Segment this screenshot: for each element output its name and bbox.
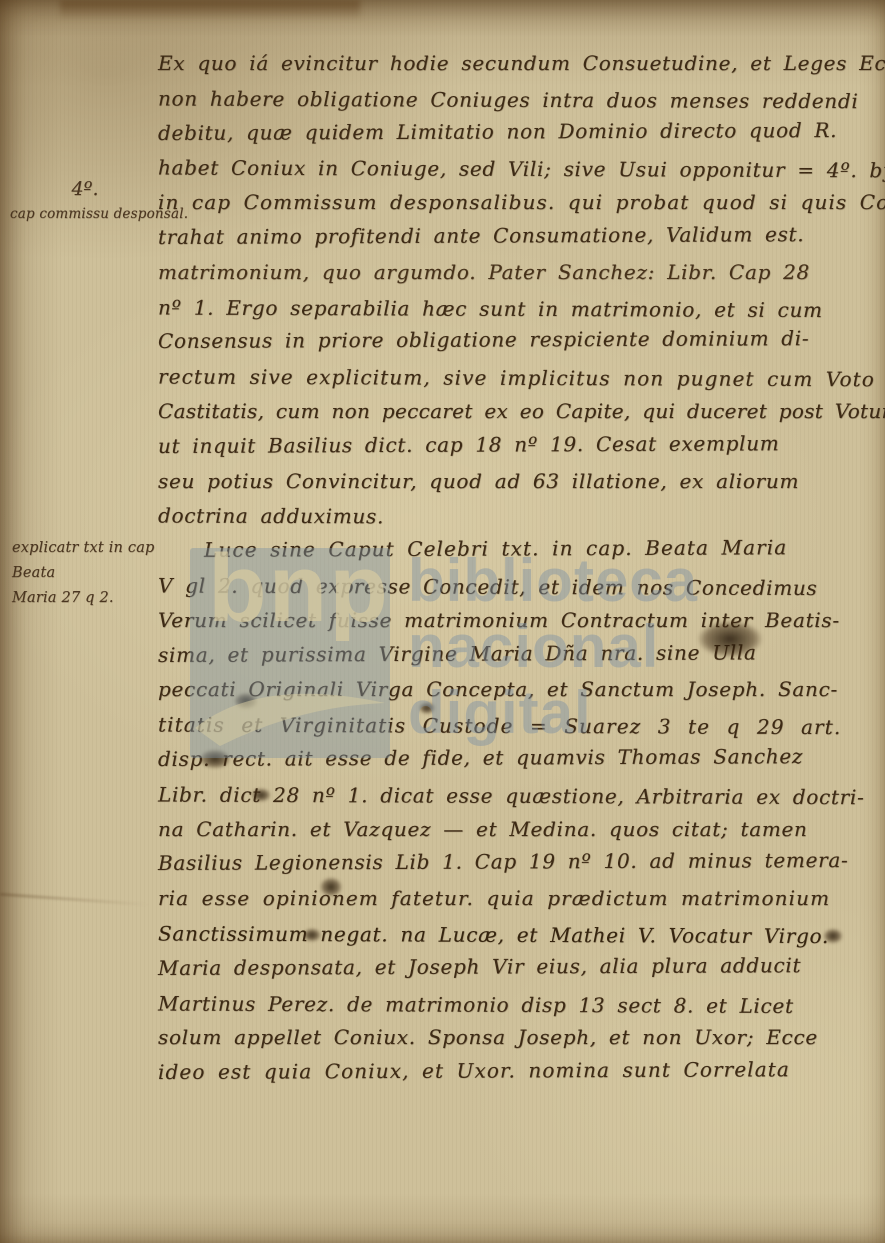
manuscript-text-block: Ex quo iá evincitur hodie secundum Consu… [158, 46, 872, 1090]
margin-note-number: 4º. [10, 178, 160, 200]
manuscript-line: na Catharin. et Vazquez — et Medina. quo… [158, 812, 872, 847]
ink-blot [300, 926, 324, 944]
manuscript-line: Maria desponsata, et Joseph Vir eius, al… [158, 948, 872, 986]
manuscript-line: seu potius Convincitur, quod ad 63 illat… [158, 464, 872, 499]
manuscript-line: rectum sive explicitum, sive implicitus … [158, 360, 872, 398]
ink-blot [416, 700, 438, 716]
manuscript-line: Consensus in priore obligatione respicie… [158, 321, 872, 359]
manuscript-line: peccati Originali Virga Concepta, et San… [158, 672, 872, 707]
manuscript-line: Martinus Perez. de matrimonio disp 13 se… [158, 986, 872, 1024]
manuscript-line: ut inquit Basilius dict. cap 18 nº 19. C… [158, 426, 872, 464]
manuscript-line: solum appellet Coniux. Sponsa Joseph, et… [158, 1020, 872, 1055]
manuscript-line: V gl 2. quod expresse Concedit, et idem … [158, 568, 872, 606]
manuscript-line: Ex quo iá evincitur hodie secundum Consu… [158, 46, 872, 81]
manuscript-page: 4º. cap commissu desponsal. explicatr tx… [0, 0, 885, 1243]
paper-stain-top-edge [60, 0, 360, 20]
manuscript-line: ideo est quia Coniux, et Uxor. nomina su… [158, 1052, 872, 1090]
manuscript-line: matrimonium, quo argumdo. Pater Sanchez:… [158, 255, 872, 290]
manuscript-line: debitu, quæ quidem Limitatio non Dominio… [158, 112, 872, 150]
manuscript-line: disp. rect. ait esse de fide, et quamvis… [158, 739, 872, 777]
ink-blot [316, 874, 346, 900]
manuscript-line: ria esse opinionem fatetur. quia prædict… [158, 881, 872, 916]
manuscript-line: trahat animo profitendi ante Consumation… [158, 217, 872, 255]
manuscript-line: Basilius Legionensis Lib 1. Cap 19 nº 10… [158, 843, 872, 881]
paper-crease [0, 893, 150, 906]
ink-blot [820, 926, 846, 946]
ink-blot [230, 690, 262, 712]
manuscript-line: Castitatis, cum non peccaret ex eo Capit… [158, 394, 872, 429]
manuscript-line: Luce sine Caput Celebri txt. in cap. Bea… [158, 530, 872, 568]
manuscript-line: in cap Commissum desponsalibus. qui prob… [158, 185, 872, 220]
manuscript-line: habet Coniux in Coniuge, sed Vili; sive … [158, 151, 872, 189]
ink-blot [686, 614, 774, 664]
ink-blot [248, 786, 274, 804]
ink-blot [194, 746, 236, 772]
